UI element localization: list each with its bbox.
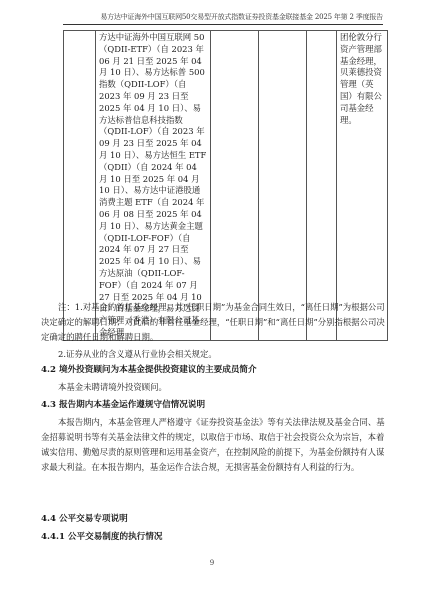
table-cell-experience: 方达中证海外中国互联网 50（QDII-ETF）（自 2023 年 06 月 2… — [96, 31, 211, 341]
page-header: 易方达中证海外中国互联网50交易型开放式指数证券投资基金联接基金 2025 年第… — [63, 8, 383, 25]
table-cell-start-date — [211, 31, 259, 341]
header-title: 易方达中证海外中国互联网50交易型开放式指数证券投资基金联接基金 2025 年第… — [100, 12, 383, 22]
fund-manager-table: 方达中证海外中国互联网 50（QDII-ETF）（自 2023 年 06 月 2… — [63, 30, 388, 341]
section-4-3-heading: 4.3 报告期内本基金运作遵规守信情况说明 — [41, 398, 205, 410]
section-4-4-heading: 4.4 公平交易专项说明 — [41, 512, 128, 524]
table-cell-end-date — [259, 31, 307, 341]
table-cell-years — [307, 31, 337, 341]
section-4-2-heading: 4.2 境外投资顾问为本基金提供投资建议的主要成员简介 — [41, 363, 257, 375]
section-4-2-body: 本基金未聘请境外投资顾问。 — [41, 380, 385, 395]
table-row: 方达中证海外中国互联网 50（QDII-ETF）（自 2023 年 06 月 2… — [64, 31, 388, 341]
section-4-3-body: 本报告期内，本基金管理人严格遵守《证券投资基金法》等有关法律法规及基金合同、基金… — [41, 415, 385, 475]
note-1: 注：1.对基金的首任基金经理，其“任职日期”为基金合同生效日，“离任日期”为根据… — [41, 300, 385, 345]
page-number: 9 — [0, 559, 424, 567]
table-cell-name — [64, 31, 96, 341]
table-cell-description: 团伦敦分行资产管理部基金经理，贝莱德投资管理（英国）有限公司基金经理。 — [337, 31, 388, 341]
note-2: 2.证券从业的含义遵从行业协会相关规定。 — [41, 347, 385, 362]
section-4-4-1-heading: 4.4.1 公平交易制度的执行情况 — [41, 530, 162, 542]
